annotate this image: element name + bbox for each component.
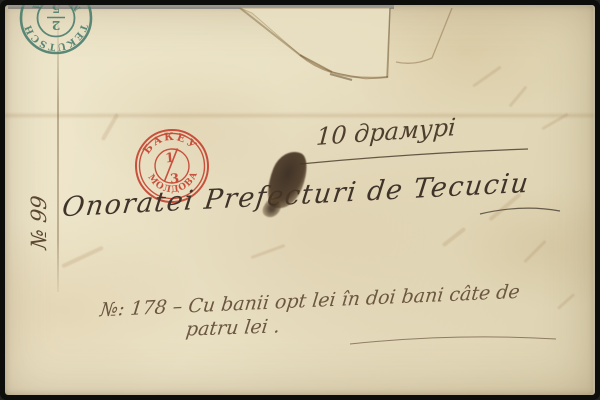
letter-photo: TEKUTSCH MOLDOVA 2 5 БАКЕУ bbox=[0, 0, 600, 400]
photo-border bbox=[0, 0, 600, 400]
